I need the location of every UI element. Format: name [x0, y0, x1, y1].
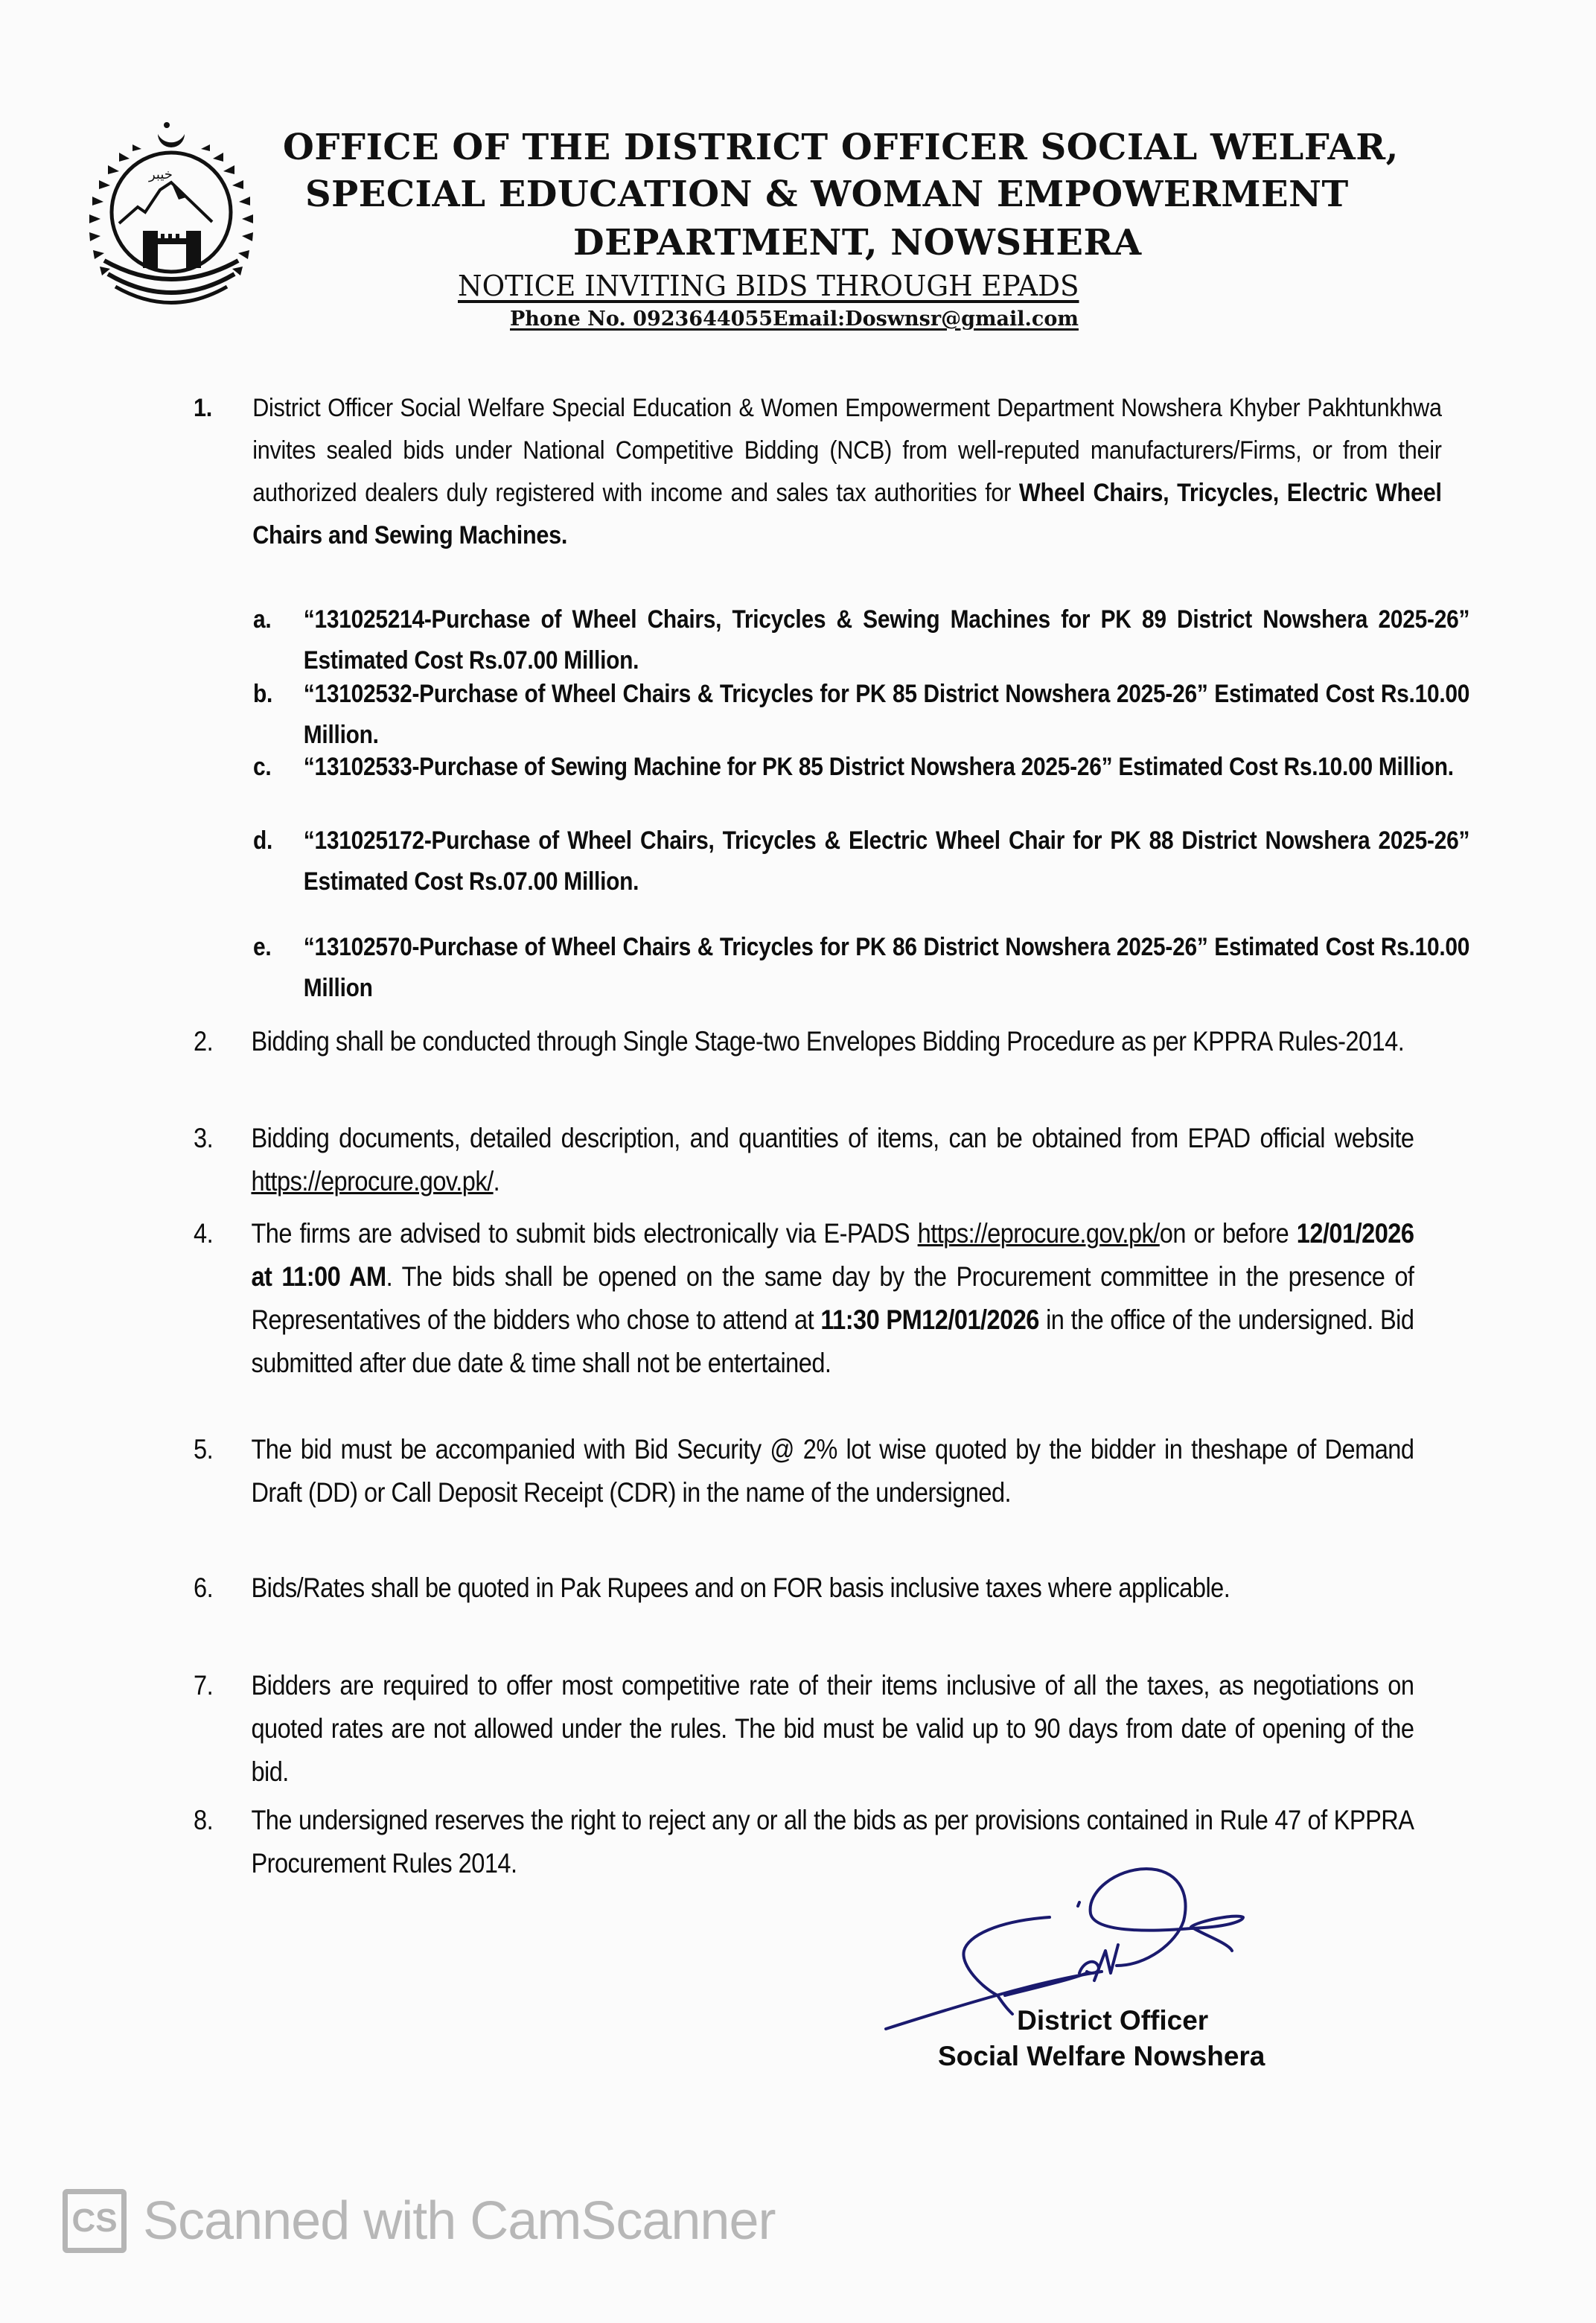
opening-time: 11:30 PM12/01/2026 [820, 1304, 1039, 1335]
eprocure-link[interactable]: https://eprocure.gov.pk/ [251, 1166, 493, 1196]
office-title-line-1: OFFICE OF THE DISTRICT OFFICER SOCIAL WE… [283, 127, 1399, 168]
signature-block: District Officer Social Welfare Nowshera [938, 2003, 1265, 2074]
notice-document: ﺧﻴﺒﺮ OFFICE OF THE DISTRICT OFFICER SOCI… [0, 0, 1596, 2323]
signatory-title: District Officer [938, 2003, 1265, 2039]
signatory-office: Social Welfare Nowshera [938, 2039, 1265, 2074]
paragraph-text: District Officer Social Welfare Special … [252, 387, 1442, 557]
contact-info: Phone No. 0923644055Email:Doswnsr@gmail.… [510, 307, 1079, 331]
camscanner-watermark: CS Scanned with CamScanner [63, 2189, 775, 2253]
office-title-line-2: SPECIAL EDUCATION & WOMAN EMPOWERMENT [305, 173, 1349, 215]
office-title-line-3: DEPARTMENT, NOWSHERA [573, 222, 1142, 264]
eprocure-link[interactable]: https://eprocure.gov.pk/ [918, 1218, 1160, 1249]
watermark-text: Scanned with CamScanner [143, 2190, 775, 2252]
kpk-government-emblem-icon: ﺧﻴﺒﺮ [74, 112, 268, 305]
svg-text:ﺧﻴﺒﺮ: ﺧﻴﺒﺮ [148, 167, 173, 182]
camscanner-logo-icon: CS [63, 2189, 127, 2253]
notice-title: NOTICE INVITING BIDS THROUGH EPADS [458, 270, 1079, 302]
paragraph-number: 1. [194, 387, 234, 430]
